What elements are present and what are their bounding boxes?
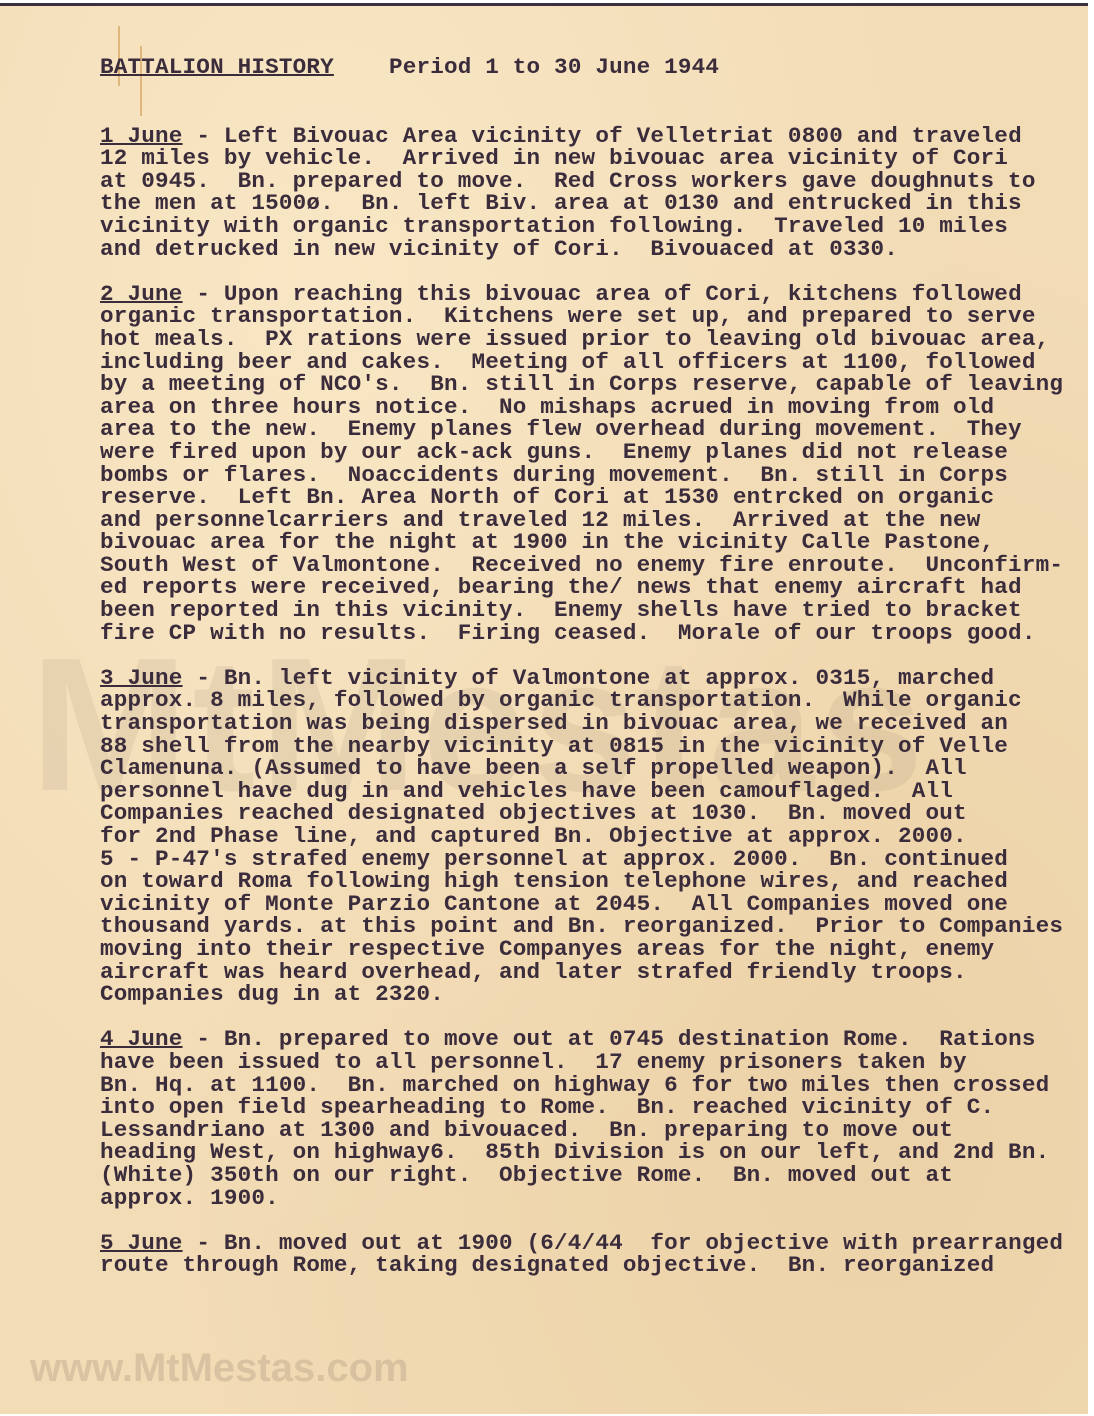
entry-line: aircraft was heard overhead, and later s… [100,961,1090,984]
entry-line: were fired upon by our ack-ack guns. Ene… [100,441,1090,464]
entry-line: at 0945. Bn. prepared to move. Red Cross… [100,170,1090,193]
entry-line: hot meals. PX rations were issued prior … [100,328,1090,351]
entry-line: Lessandriano at 1300 and bivouaced. Bn. … [100,1119,1090,1142]
entry-line: 4 June - Bn. prepared to move out at 074… [100,1028,1090,1051]
entry-line: area on three hours notice. No mishaps a… [100,396,1090,419]
entry-4-june: 4 June - Bn. prepared to move out at 074… [100,1028,1090,1209]
entry-line: 88 shell from the nearby vicinity at 081… [100,735,1090,758]
entry-line: thousand yards. at this point and Bn. re… [100,915,1090,938]
entry-line: into open field spearheading to Rome. Bn… [100,1096,1090,1119]
entry-1-june: 1 June - Left Bivouac Area vicinity of V… [100,125,1090,261]
watermark-url: www.MtMestas.com [30,1346,409,1391]
entry-2-june: 2 June - Upon reaching this bivouac area… [100,283,1090,645]
entry-3-june: 3 June - Bn. left vicinity of Valmontone… [100,667,1090,1006]
typed-document: BATTALION HISTORY Period 1 to 30 June 19… [100,56,1090,1299]
entry-line: 12 miles by vehicle. Arrived in new bivo… [100,147,1090,170]
entry-line: for 2nd Phase line, and captured Bn. Obj… [100,825,1090,848]
entry-line: area to the new. Enemy planes flew overh… [100,418,1090,441]
entry-line: moving into their respective Companyes a… [100,938,1090,961]
entry-line: Bn. Hq. at 1100. Bn. marched on highway … [100,1074,1090,1097]
entry-5-june: 5 June - Bn. moved out at 1900 (6/4/44 f… [100,1232,1090,1277]
entry-line: 5 June - Bn. moved out at 1900 (6/4/44 f… [100,1232,1090,1255]
entry-line: 3 June - Bn. left vicinity of Valmontone… [100,667,1090,690]
entry-line: vicinity with organic transportation fol… [100,215,1090,238]
entry-line: have been issued to all personnel. 17 en… [100,1051,1090,1074]
entry-line: been reported in this vicinity. Enemy sh… [100,599,1090,622]
entry-line: approx. 1900. [100,1187,1090,1210]
entry-line: Clamenuna. (Assumed to have been a self … [100,757,1090,780]
entry-line: ed reports were received, bearing the/ n… [100,576,1090,599]
entry-line: reserve. Left Bn. Area North of Cori at … [100,486,1090,509]
entry-line: vicinity of Monte Parzio Cantone at 2045… [100,893,1090,916]
entry-line: route through Rome, taking designated ob… [100,1254,1090,1277]
entry-line: organic transportation. Kitchens were se… [100,305,1090,328]
entry-line: transportation was being dispersed in bi… [100,712,1090,735]
entry-line: and detrucked in new vicinity of Cori. B… [100,238,1090,261]
entry-line: South West of Valmontone. Received no en… [100,554,1090,577]
entry-line: heading West, on highway6. 85th Division… [100,1141,1090,1164]
entry-line: bivouac area for the night at 1900 in th… [100,531,1090,554]
document-period: Period 1 to 30 June 1944 [389,54,719,80]
entry-line: 1 June - Left Bivouac Area vicinity of V… [100,125,1090,148]
entry-line: Companies dug in at 2320. [100,983,1090,1006]
entry-line: by a meeting of NCO's. Bn. still in Corp… [100,373,1090,396]
entry-line: personnel have dug in and vehicles have … [100,780,1090,803]
entry-line: fire CP with no results. Firing ceased. … [100,622,1090,645]
entry-line: bombs or flares. Noaccidents during move… [100,464,1090,487]
document-header: BATTALION HISTORY Period 1 to 30 June 19… [100,56,1090,79]
entry-line: including beer and cakes. Meeting of all… [100,351,1090,374]
entry-line: Companies reached designated objectives … [100,802,1090,825]
entry-line: 2 June - Upon reaching this bivouac area… [100,283,1090,306]
entry-line: approx. 8 miles, followed by organic tra… [100,689,1090,712]
entry-line: 5 - P-47's strafed enemy personnel at ap… [100,848,1090,871]
entry-line: the men at 1500ø. Bn. left Biv. area at … [100,192,1090,215]
entry-line: (White) 350th on our right. Objective Ro… [100,1164,1090,1187]
entry-line: on toward Roma following high tension te… [100,870,1090,893]
entries-list: 1 June - Left Bivouac Area vicinity of V… [100,125,1090,1277]
entry-line: and personnelcarriers and traveled 12 mi… [100,509,1090,532]
document-title: BATTALION HISTORY [100,54,334,80]
